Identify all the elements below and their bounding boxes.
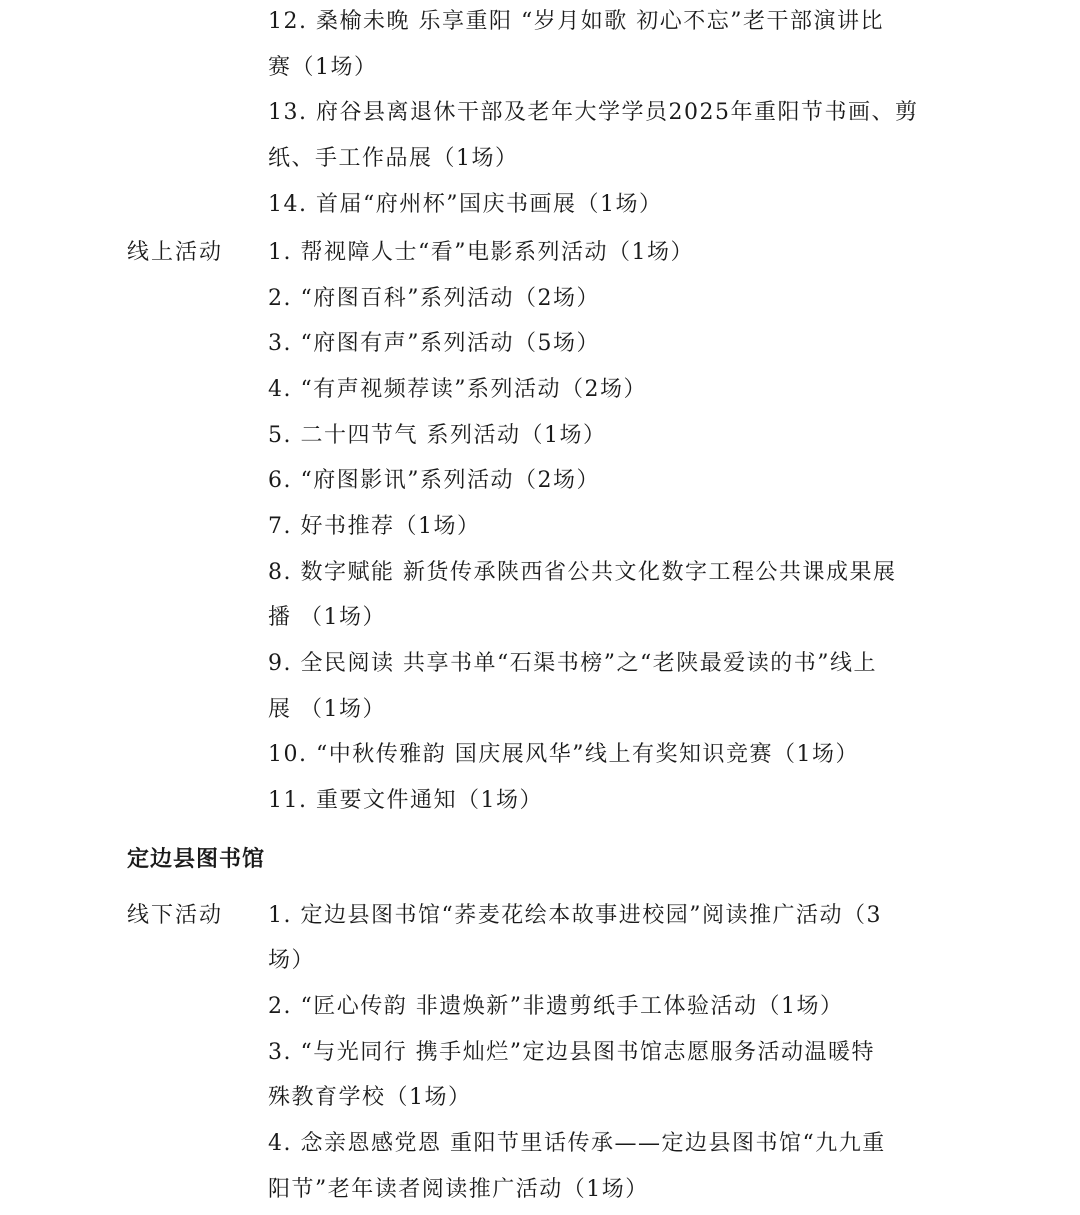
category-label-online: 线上活动 — [127, 239, 223, 267]
list-item-online-2: 2. “府图百科”系列活动（2场） — [268, 285, 600, 313]
list-item-online-10: 10. “中秋传雅韵 国庆展风华”线上有奖知识竞赛（1场） — [268, 741, 859, 769]
list-item-online-8-cont: 播 （1场） — [268, 604, 386, 632]
list-item-dingbian-4-cont: 阳节”老年读者阅读推广活动（1场） — [268, 1176, 649, 1204]
list-item-online-6: 6. “府图影讯”系列活动（2场） — [268, 467, 600, 495]
list-item-offline-12-cont: 赛（1场） — [268, 54, 378, 82]
list-item-online-4: 4. “有声视频荐读”系列活动（2场） — [268, 376, 647, 404]
section-heading-dingbian-library: 定边县图书馆 — [127, 845, 265, 873]
list-item-online-11: 11. 重要文件通知（1场） — [268, 787, 543, 815]
list-item-offline-13: 13. 府谷县离退休干部及老年大学学员2025年重阳节书画、剪 — [268, 99, 918, 127]
list-item-online-9-cont: 展 （1场） — [268, 696, 386, 724]
list-item-offline-13-cont: 纸、手工作品展（1场） — [268, 145, 519, 173]
list-item-online-7: 7. 好书推荐（1场） — [268, 513, 480, 541]
list-item-online-5: 5. 二十四节气 系列活动（1场） — [268, 422, 606, 450]
list-item-online-9: 9. 全民阅读 共享书单“石渠书榜”之“老陕最爱读的书”线上 — [268, 650, 877, 678]
list-item-offline-14: 14. 首届“府州杯”国庆书画展（1场） — [268, 191, 662, 219]
list-item-online-1: 1. 帮视障人士“看”电影系列活动（1场） — [268, 239, 694, 267]
list-item-dingbian-3: 3. “与光同行 携手灿烂”定边县图书馆志愿服务活动温暖特 — [268, 1039, 875, 1067]
list-item-dingbian-3-cont: 殊教育学校（1场） — [268, 1084, 472, 1112]
list-item-dingbian-4: 4. 念亲恩感党恩 重阳节里话传承——定边县图书馆“九九重 — [268, 1130, 886, 1158]
list-item-dingbian-1-cont: 场） — [268, 947, 315, 975]
list-item-dingbian-2: 2. “匠心传韵 非遗焕新”非遗剪纸手工体验活动（1场） — [268, 993, 843, 1021]
list-item-online-3: 3. “府图有声”系列活动（5场） — [268, 330, 600, 358]
list-item-offline-12: 12. 桑榆未晚 乐享重阳 “岁月如歌 初心不忘”老干部演讲比 — [268, 8, 884, 36]
category-label-offline: 线下活动 — [127, 902, 223, 930]
list-item-online-8: 8. 数字赋能 新货传承陕西省公共文化数字工程公共课成果展 — [268, 559, 896, 587]
document-page: 12. 桑榆未晚 乐享重阳 “岁月如歌 初心不忘”老干部演讲比 赛（1场） 13… — [0, 0, 1080, 1215]
list-item-dingbian-1: 1. 定边县图书馆“荞麦花绘本故事进校园”阅读推广活动（3 — [268, 902, 882, 930]
